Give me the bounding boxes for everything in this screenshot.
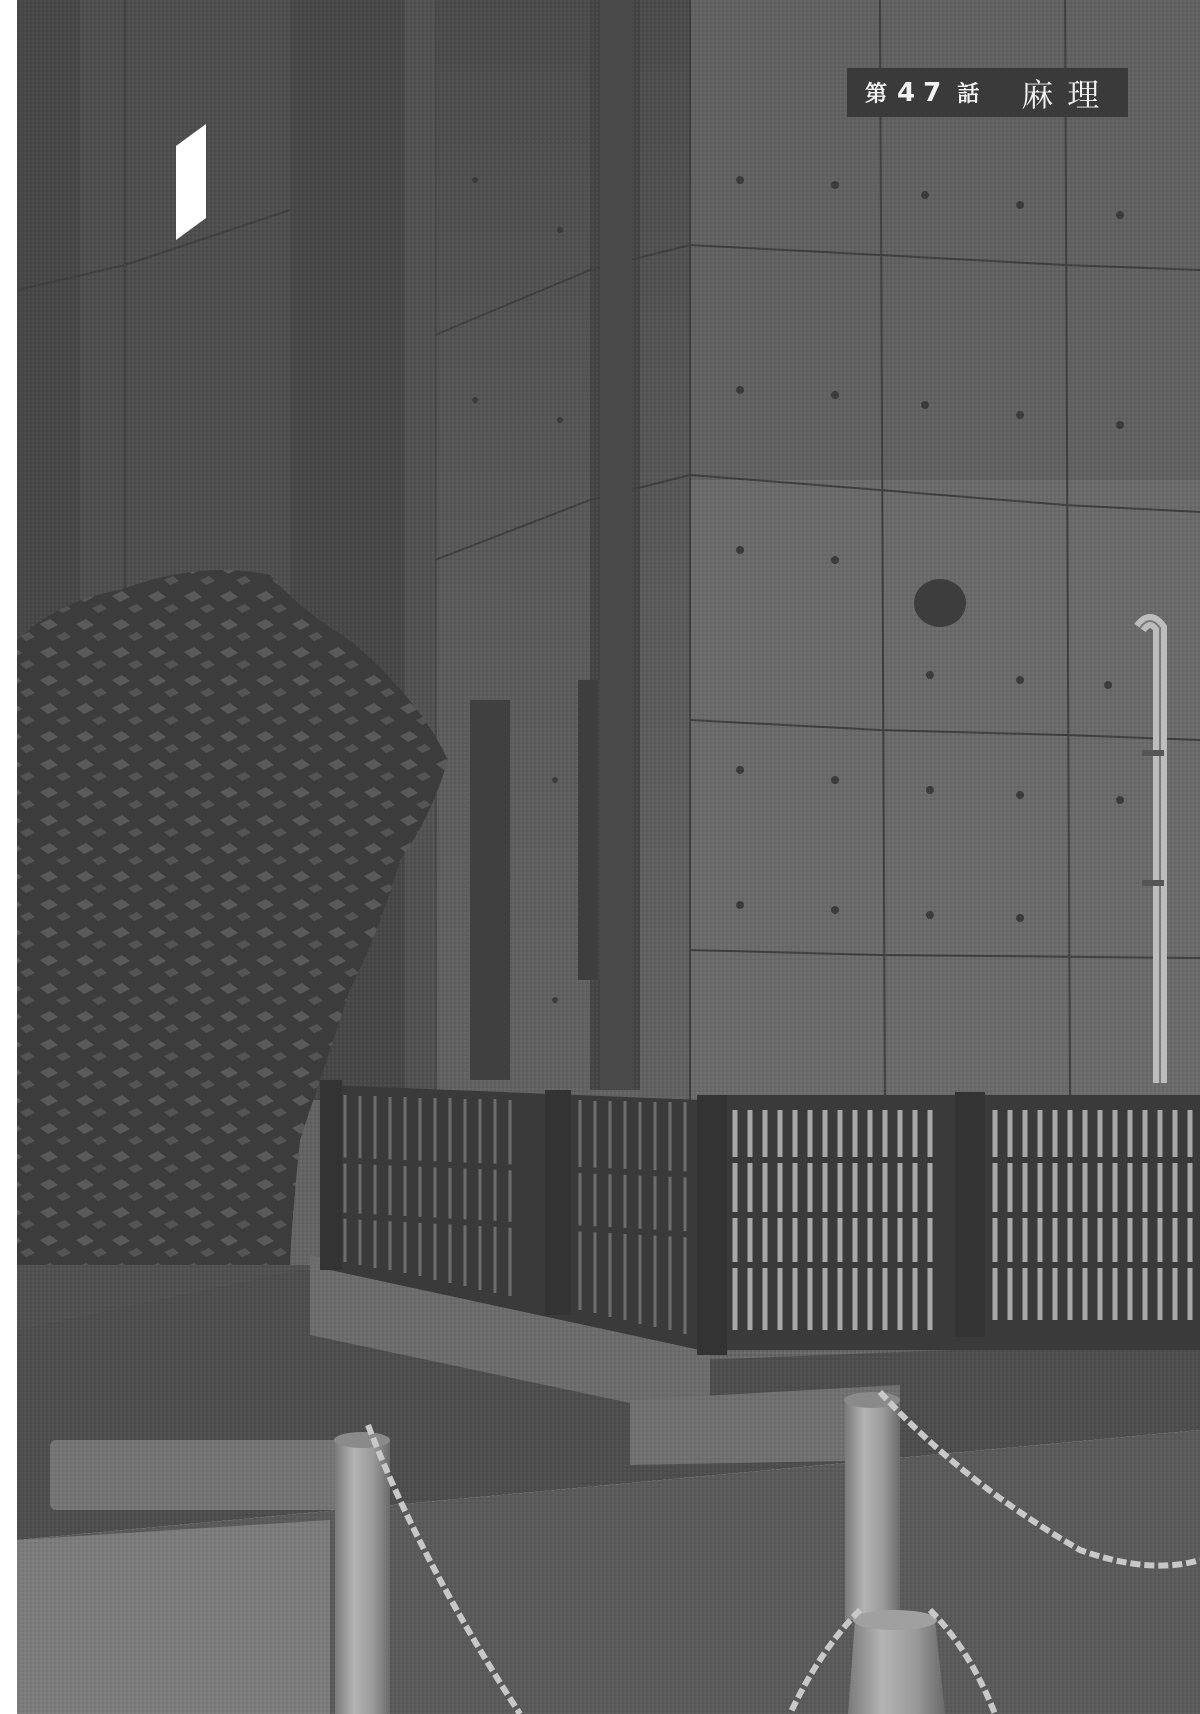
round-wall-fixture bbox=[914, 579, 966, 627]
chapter-name: 麻理 bbox=[1021, 70, 1113, 116]
narrow-slot bbox=[578, 680, 598, 980]
chapter-title-box: 第 47 話 麻理 bbox=[847, 68, 1128, 117]
chapter-number: 47 bbox=[897, 78, 949, 108]
drainpipe-column bbox=[600, 0, 632, 1090]
illustration bbox=[17, 0, 1200, 1714]
manga-page: 第 47 話 麻理 bbox=[0, 0, 1200, 1714]
chapter-prefix: 第 bbox=[865, 77, 889, 108]
chapter-suffix: 話 bbox=[957, 77, 981, 108]
narrow-door bbox=[470, 700, 510, 1080]
chapter-number-label: 第 47 話 bbox=[865, 77, 981, 108]
